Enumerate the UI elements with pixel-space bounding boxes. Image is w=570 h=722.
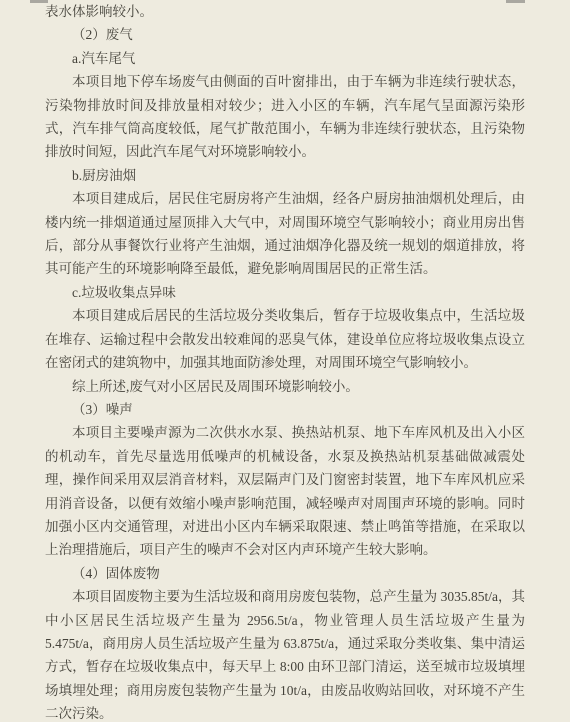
doc-line-continuation: 表水体影响较小。 (45, 0, 525, 23)
document-page: 表水体影响较小。 （2）废气 a.汽车尾气 本项目地下停车场废气由侧面的百叶窗排… (45, 0, 525, 722)
paragraph-kitchen-fume: 本项目建成后，居民住宅厨房将产生油烟，经各户厨房抽油烟机处理后，由楼内统一排烟道… (45, 187, 525, 281)
heading-vehicle-exhaust: a.汽车尾气 (45, 47, 525, 70)
paragraph-noise: 本项目主要噪声源为二次供水水泵、换热站机泵、地下车库风机及出入小区的机动车，首先… (45, 421, 525, 561)
paragraph-vehicle-exhaust: 本项目地下停车场废气由侧面的百叶窗排出，由于车辆为非连续行驶状态，污染物排放时间… (45, 70, 525, 164)
heading-waste-gas: （2）废气 (45, 23, 525, 46)
heading-garbage-odor: c.垃圾收集点异味 (45, 281, 525, 304)
paragraph-solid-waste: 本项目固废物主要为生活垃圾和商用房废包装物，总产生量为 3035.85t/a，其… (45, 585, 525, 722)
heading-kitchen-fume: b.厨房油烟 (45, 164, 525, 187)
paragraph-garbage-odor: 本项目建成后居民的生活垃圾分类收集后，暂存于垃圾收集点中，生活垃圾在堆存、运输过… (45, 304, 525, 374)
paragraph-waste-gas-summary: 综上所述,废气对小区居民及周围环境影响较小。 (45, 375, 525, 398)
heading-noise: （3）噪声 (45, 398, 525, 421)
heading-solid-waste: （4）固体废物 (45, 562, 525, 585)
